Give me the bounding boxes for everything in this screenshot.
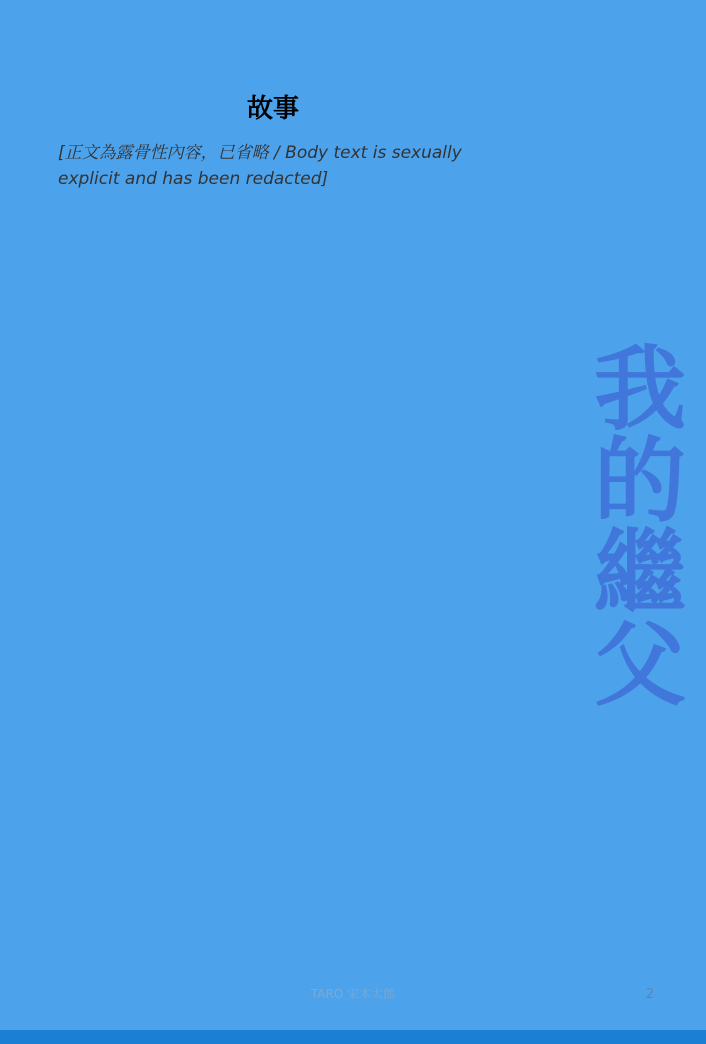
document-page: 故事 [正文為露骨性內容，已省略 / Body text is sexually… (0, 0, 706, 1044)
redacted-paragraph: [正文為露骨性內容，已省略 / Body text is sexually ex… (58, 140, 528, 193)
footer-author: TARO 宋本太郎 (0, 985, 706, 1002)
page-number: 2 (646, 987, 654, 1002)
page-title: 故事 (0, 88, 546, 125)
story-body: [正文為露骨性內容，已省略 / Body text is sexually ex… (58, 140, 528, 215)
vertical-side-title: 我的繼父 (568, 340, 678, 708)
